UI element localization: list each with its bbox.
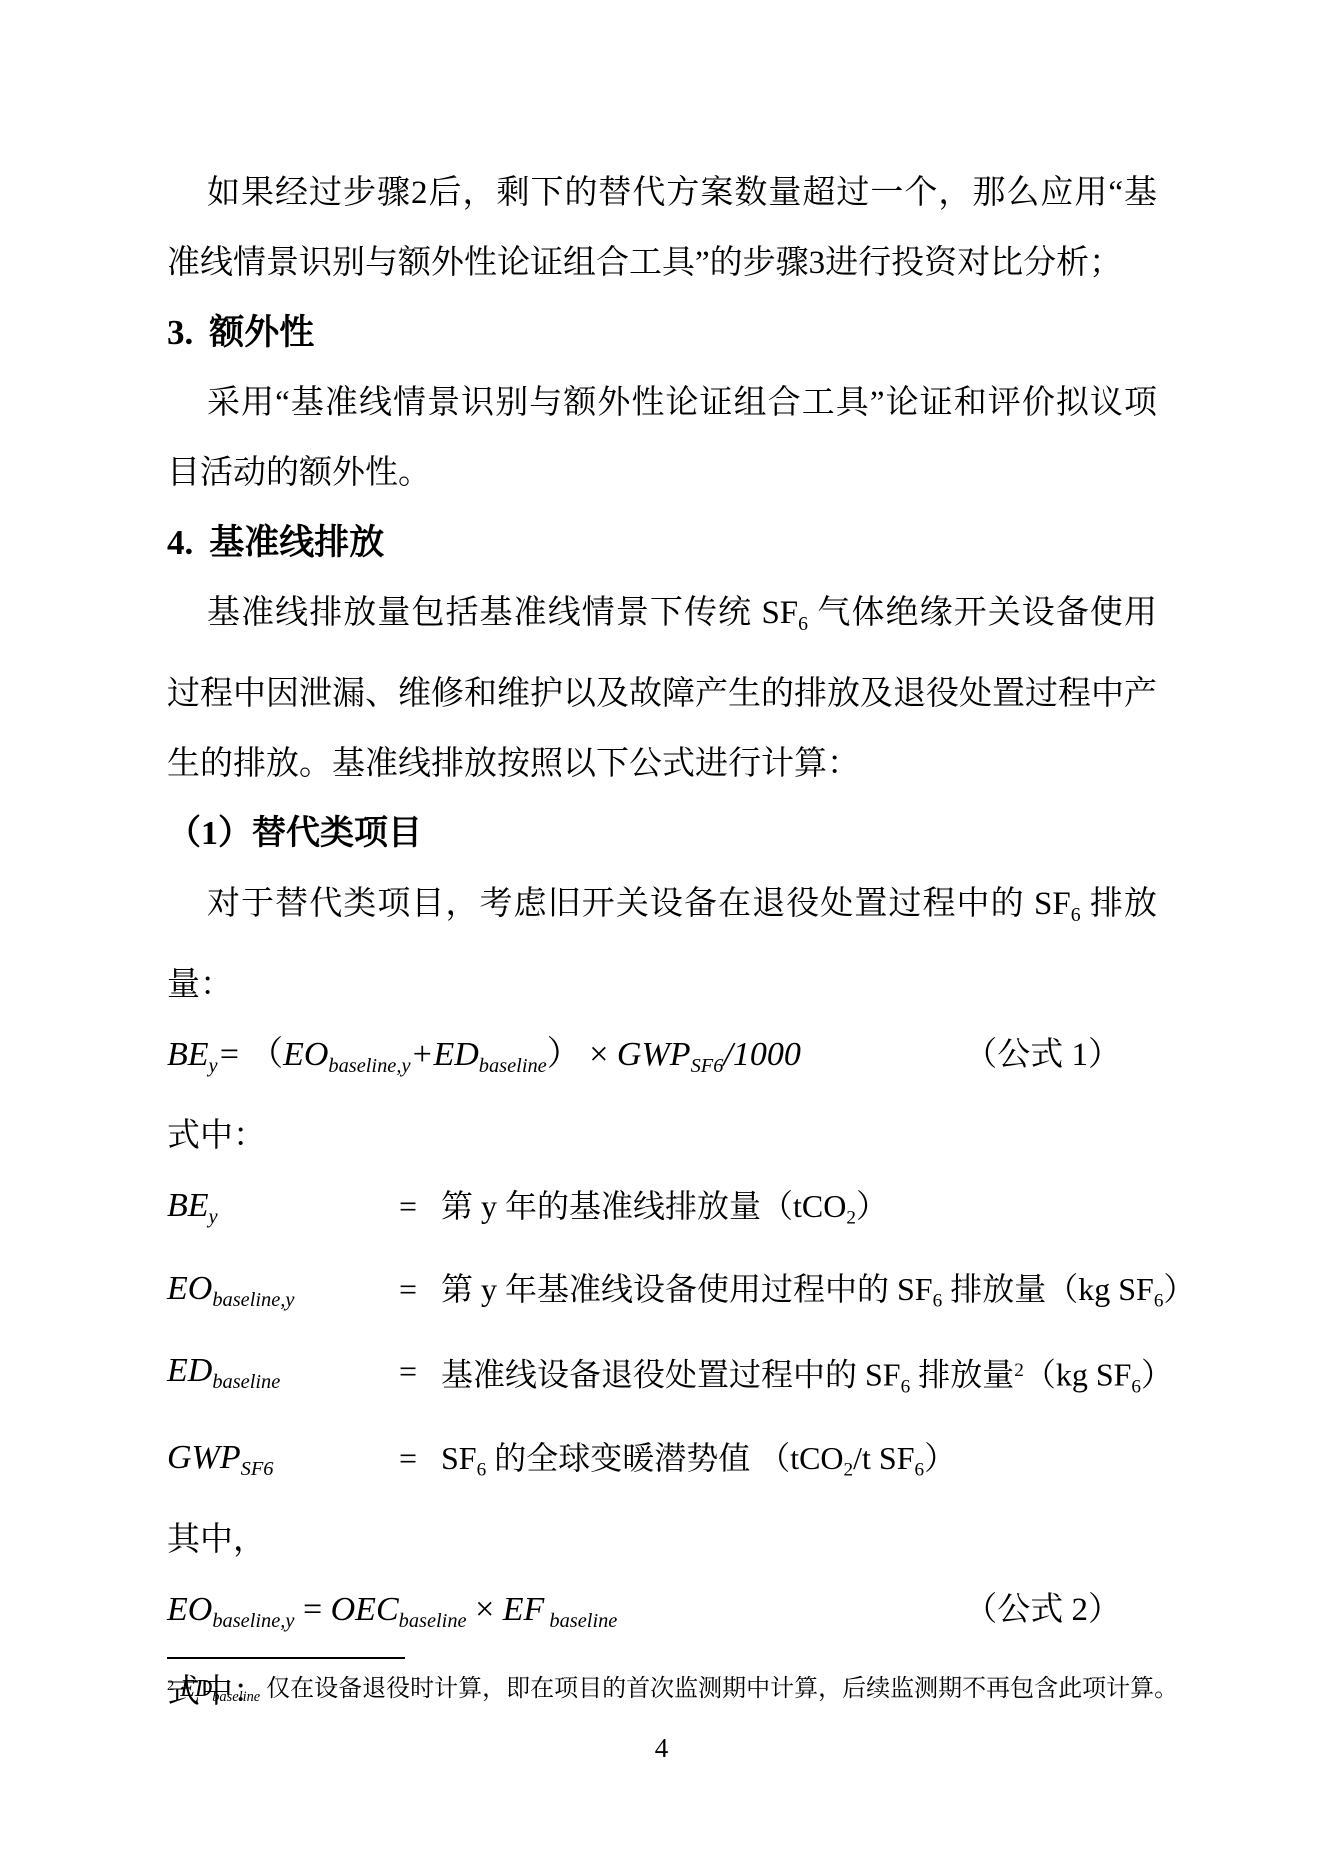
footnote-area: 2 EDbaseline 仅在设备退役时计算，即在项目的首次监测期中计算，后续监… xyxy=(167,1657,1227,1714)
definition-row-eo-baseline: EObaseline,y = 第 y 年基准线设备使用过程中的 SF6 排放量（… xyxy=(167,1254,1157,1337)
section-number: 4. xyxy=(167,523,193,562)
definition-term: EObaseline,y xyxy=(167,1254,399,1337)
footnote-text: 2 EDbaseline 仅在设备退役时计算，即在项目的首次监测期中计算，后续监… xyxy=(167,1670,1227,1714)
definition-row-ed-baseline: EDbaseline = 基准线设备退役处置过程中的 SF6 排放量2（kg S… xyxy=(167,1336,1157,1422)
paragraph-baseline-emissions: 基准线排放量包括基准线情景下传统 SF6 气体绝缘开关设备使用过程中因泄漏、维修… xyxy=(167,578,1157,799)
formula-2-label: （公式 2） xyxy=(964,1575,1121,1645)
section-title: 额外性 xyxy=(209,313,314,352)
formula-2-expression: EObaseline,y = OECbaseline × EF baseline xyxy=(167,1575,617,1656)
section-heading-additionality: 3.额外性 xyxy=(167,298,1157,368)
definition-row-bey: BEy = 第 y 年的基准线排放量（tCO2） xyxy=(167,1171,1157,1254)
definition-term: GWPSF6 xyxy=(167,1423,399,1506)
definition-equals: = xyxy=(399,1171,441,1254)
formula-1-expression: BEy= （EObaseline,y+EDbaseline） × GWPSF6/… xyxy=(167,1020,801,1101)
paragraph-additionality: 采用“基准线情景识别与额外性论证组合工具”论证和评价拟议项目活动的额外性。 xyxy=(167,368,1157,508)
definition-equals: = xyxy=(399,1336,441,1422)
formula-2-row: EObaseline,y = OECbaseline × EF baseline… xyxy=(167,1575,1157,1656)
definition-text: SF6 的全球变暖潜势值 （tCO2/t SF6） xyxy=(441,1423,1157,1506)
formula-1-label: （公式 1） xyxy=(964,1020,1121,1090)
definition-equals: = xyxy=(399,1423,441,1506)
document-content: 如果经过步骤2后，剩下的替代方案数量超过一个，那么应用“基准线情景识别与额外性论… xyxy=(167,158,1157,1727)
definition-row-gwp-sf6: GWPSF6 = SF6 的全球变暖潜势值 （tCO2/t SF6） xyxy=(167,1423,1157,1506)
subsection-heading-replacement-projects: （1）替代类项目 xyxy=(167,799,1157,869)
section-heading-baseline-emissions: 4.基准线排放 xyxy=(167,508,1157,578)
definition-text: 基准线设备退役处置过程中的 SF6 排放量2（kg SF6） xyxy=(441,1336,1173,1422)
paragraph-replacement-intro: 对于替代类项目，考虑旧开关设备在退役处置过程中的 SF6 排放量： xyxy=(167,869,1157,1020)
definition-text: 第 y 年基准线设备使用过程中的 SF6 排放量（kg SF6） xyxy=(441,1254,1195,1337)
footnote-divider xyxy=(167,1657,405,1659)
definition-equals: = xyxy=(399,1254,441,1337)
formula-1-row: BEy= （EObaseline,y+EDbaseline） × GWPSF6/… xyxy=(167,1020,1157,1101)
definition-term: BEy xyxy=(167,1171,399,1254)
section-title: 基准线排放 xyxy=(209,523,384,562)
definition-text: 第 y 年的基准线排放量（tCO2） xyxy=(441,1171,1157,1254)
among-label: 其中， xyxy=(167,1505,1157,1575)
section-number: 3. xyxy=(167,313,193,352)
page-number: 4 xyxy=(0,1733,1323,1763)
definition-term: EDbaseline xyxy=(167,1336,399,1422)
paragraph-step3-investment-analysis: 如果经过步骤2后，剩下的替代方案数量超过一个，那么应用“基准线情景识别与额外性论… xyxy=(167,158,1157,298)
document-page: 如果经过步骤2后，剩下的替代方案数量超过一个，那么应用“基准线情景识别与额外性论… xyxy=(0,0,1323,1871)
where-label-1: 式中： xyxy=(167,1101,1157,1171)
